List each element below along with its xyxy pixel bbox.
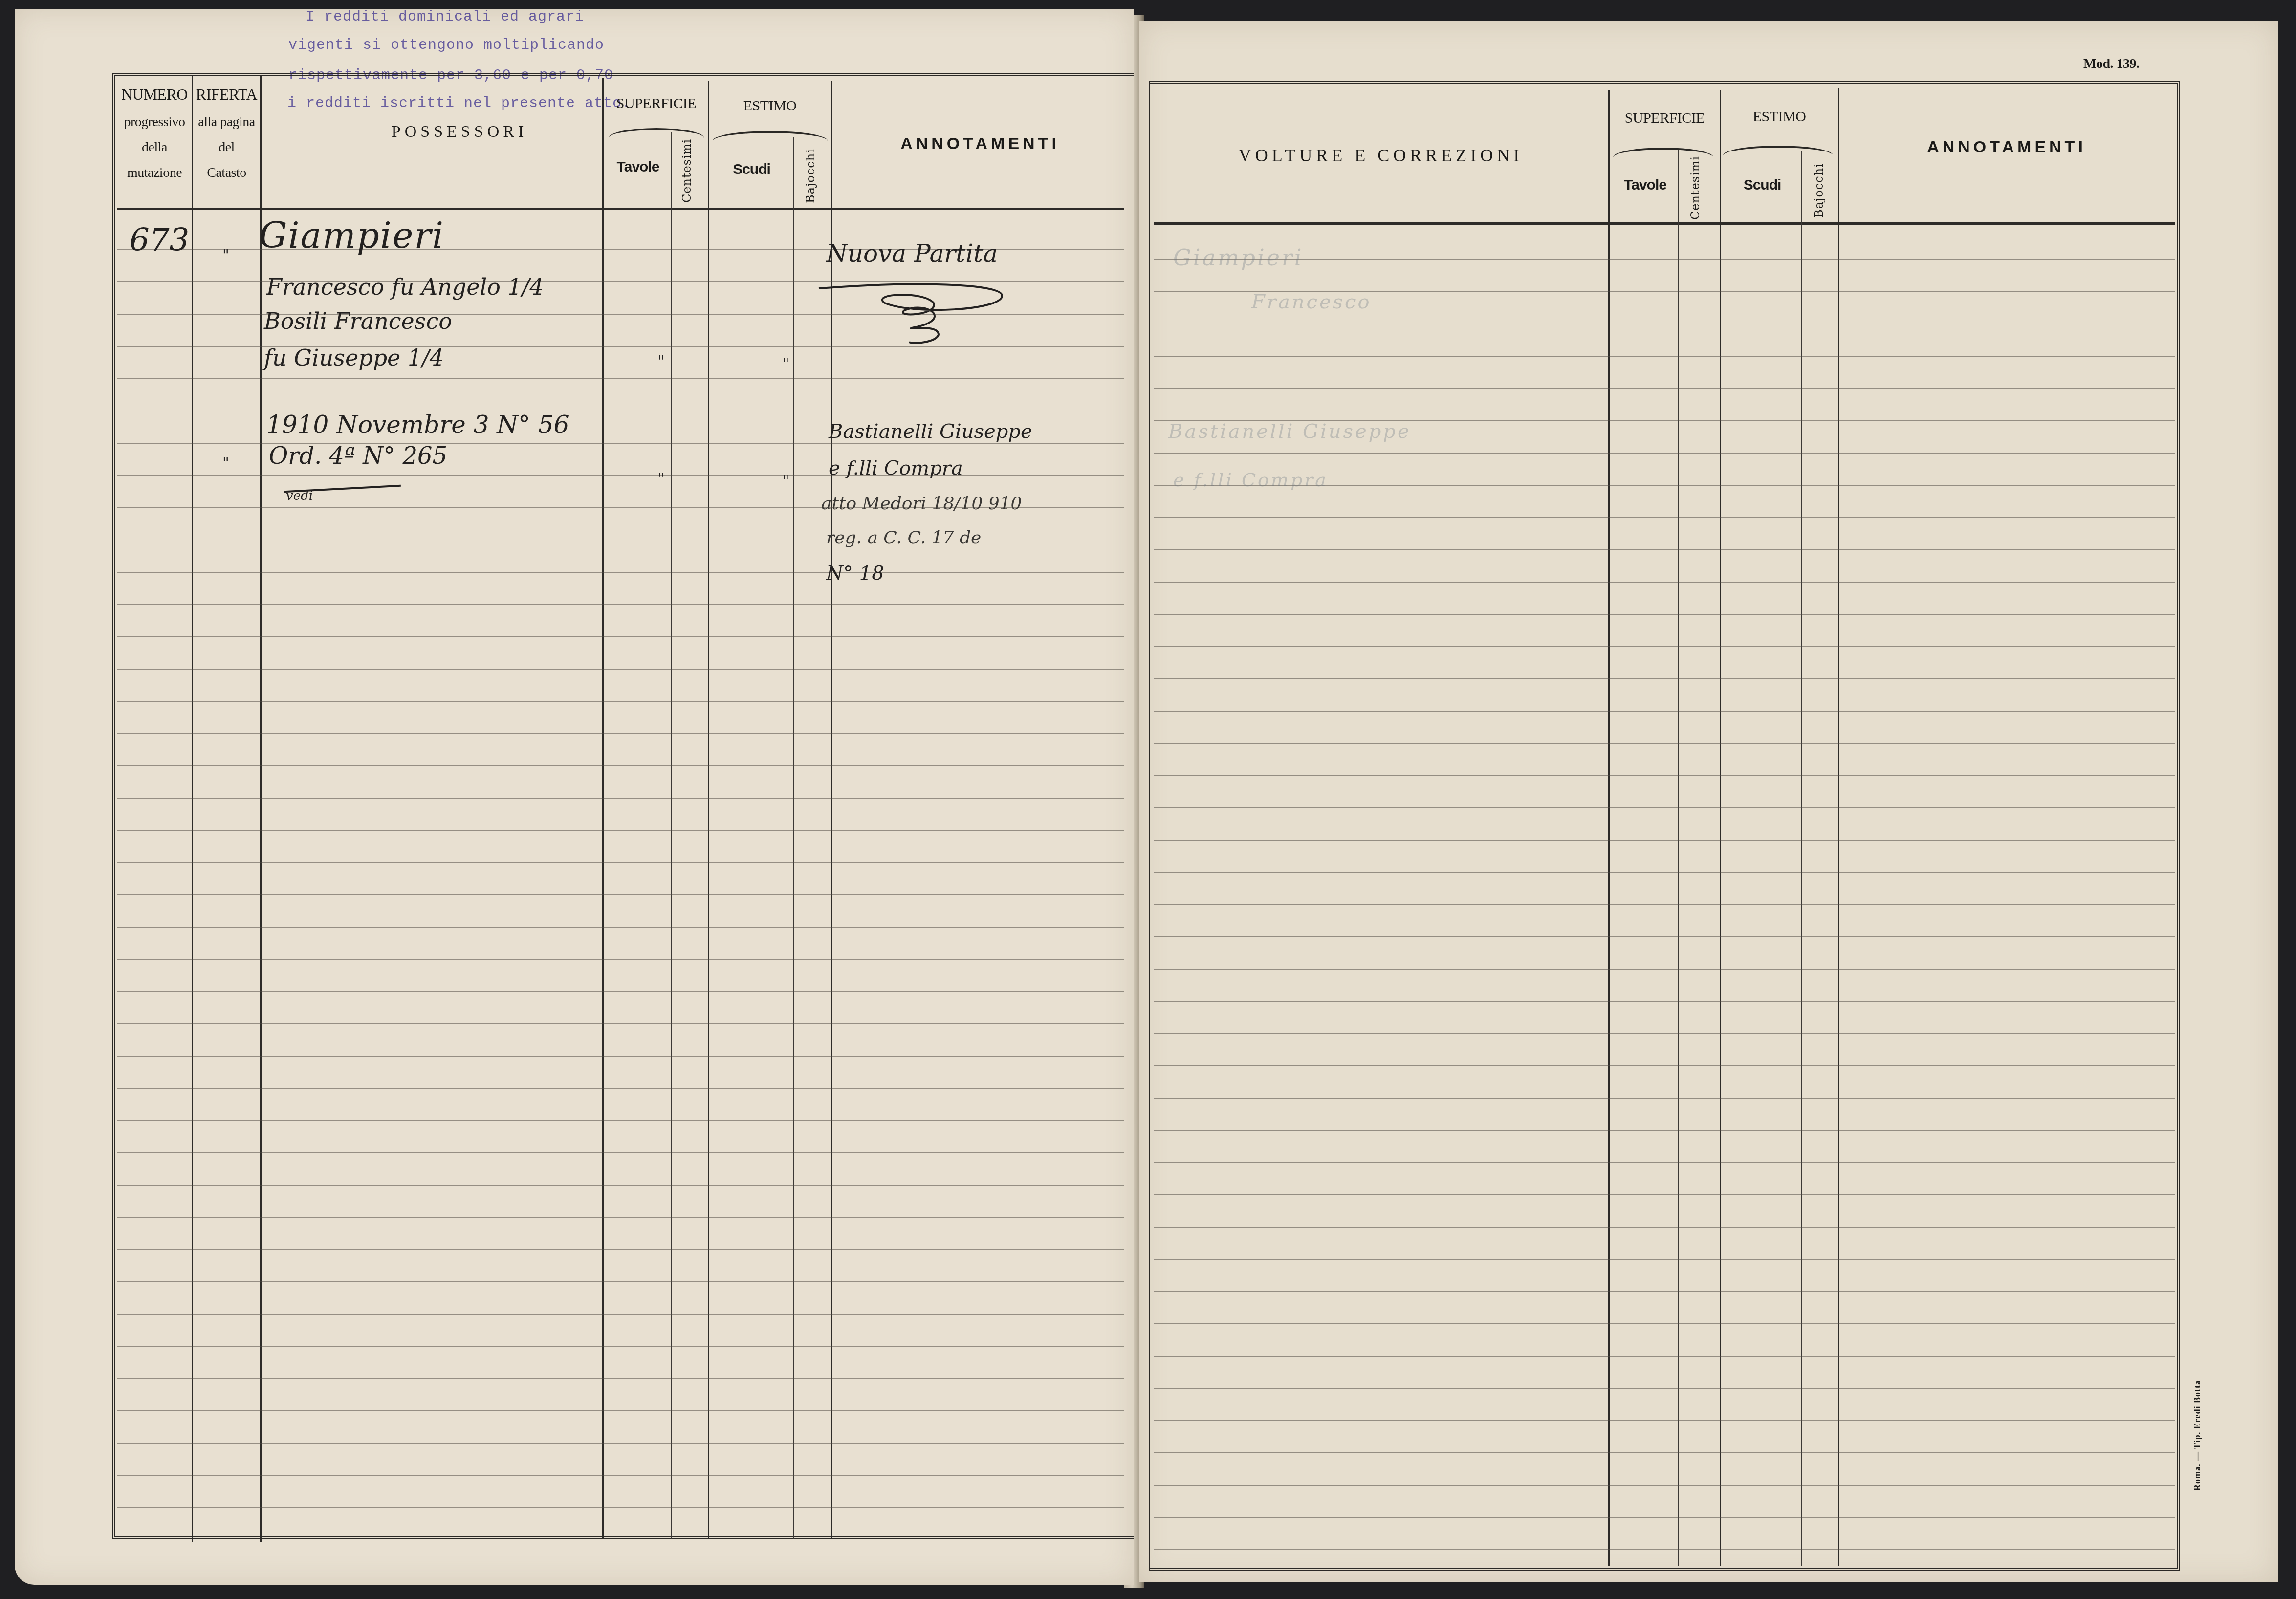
bleed-through-text: Francesco: [1251, 291, 1372, 313]
entry-2-tavole: ": [657, 469, 665, 488]
entry-1-annotamento: Nuova Partita: [826, 239, 998, 268]
ruled-line: [1154, 969, 2175, 970]
entry-1-numero: 673: [130, 222, 189, 259]
header-estimo: ESTIMO: [711, 98, 829, 115]
entry-2-riferta: ": [222, 454, 229, 472]
bleed-through-text: Giampieri: [1173, 244, 1304, 271]
ruled-line: [117, 798, 1124, 799]
ruled-line: [1154, 1259, 2175, 1260]
header-tavole: Tavole: [606, 159, 670, 176]
ruled-line: [1154, 453, 2175, 454]
ruled-line: [1154, 388, 2175, 389]
ruled-line: [117, 1217, 1124, 1218]
ruled-line: [117, 733, 1124, 734]
entry-1-scudi: ": [782, 354, 789, 373]
header-annotamenti: ANNOTAMENTI: [1843, 138, 2170, 157]
ruled-line: [1154, 1130, 2175, 1131]
entry-2-annotamento: atto Medori 18/10 910: [821, 494, 1022, 514]
ruled-line: [117, 1185, 1124, 1186]
col-divider: [708, 81, 709, 1539]
entry-2-possessore-note: vedi: [286, 489, 313, 503]
entry-2-annotamento: Bastianelli Giuseppe: [829, 420, 1032, 443]
stamp-line-2: vigenti si ottengono moltiplicando: [288, 37, 604, 54]
bleed-through-text: Bastianelli Giuseppe: [1168, 420, 1411, 443]
ruled-line: [1154, 1356, 2175, 1357]
header-superficie: SUPERFICIE: [1612, 110, 1717, 127]
ruled-line: [1154, 1065, 2175, 1066]
ruled-line: [1154, 904, 2175, 905]
header-bajocchi: Bajocchi: [1813, 161, 1826, 220]
ruled-line: [1154, 1485, 2175, 1486]
ruled-line: [117, 1443, 1124, 1444]
header-annotamenti: ANNOTAMENTI: [836, 134, 1124, 153]
ruled-line: [117, 765, 1124, 766]
entry-2-annotamento: e f.lli Compra: [829, 457, 963, 479]
col-divider: [260, 76, 262, 1542]
ruled-line: [117, 701, 1124, 702]
entry-1-tavole: ": [657, 352, 665, 370]
ruled-line: [1154, 356, 2175, 357]
ruled-line: [1154, 1323, 2175, 1324]
ruled-line: [1154, 936, 2175, 937]
ruled-line: [1154, 872, 2175, 873]
ruled-line: [117, 894, 1124, 895]
ruled-line: [117, 1475, 1124, 1476]
ruled-line: [1154, 582, 2175, 583]
printer-mark: Roma. — Tip. Eredi Botta: [2192, 1363, 2203, 1491]
col-divider: [192, 76, 193, 1542]
ruled-line: [1154, 1098, 2175, 1099]
header-estimo: ESTIMO: [1723, 108, 1836, 126]
header-tavole: Tavole: [1612, 177, 1678, 194]
ruled-line: [1154, 1452, 2175, 1453]
col-divider: [602, 78, 604, 1539]
col-divider: [1608, 90, 1610, 1566]
flourish-icon: [816, 274, 1051, 347]
col-divider: [793, 137, 794, 1539]
entry-2-annotamento: N° 18: [826, 562, 884, 584]
ruled-line: [117, 1314, 1124, 1315]
ruled-line: [1154, 1517, 2175, 1518]
ruled-line: [117, 991, 1124, 992]
ruled-line: [117, 862, 1124, 863]
ruled-line: [117, 1152, 1124, 1153]
bleed-through-text: e f.lli Compra: [1173, 469, 1328, 491]
col-divider: [671, 132, 672, 1539]
ruled-line: [117, 1249, 1124, 1250]
ruled-line: [1154, 1420, 2175, 1421]
ruled-line: [117, 927, 1124, 928]
ruled-line: [117, 475, 1124, 476]
header-riferta: RIFERTA alla pagina del Catasto: [193, 86, 260, 191]
ruled-line: [1154, 678, 2175, 679]
ruled-line: [1154, 259, 2175, 260]
entry-1-possessore-line: fu Giuseppe 1/4: [264, 345, 444, 371]
ruled-line: [117, 443, 1124, 444]
col-divider: [1678, 149, 1679, 1566]
ruled-line: [117, 1120, 1124, 1121]
ruled-line: [117, 830, 1124, 831]
header-bajocchi: Bajocchi: [804, 147, 818, 205]
ruled-line: [117, 378, 1124, 379]
header-scudi: Scudi: [711, 161, 792, 178]
ruled-line: [1154, 1227, 2175, 1228]
ruled-line: [1154, 614, 2175, 615]
ruled-line: [1154, 743, 2175, 744]
entry-1-possessore-surname: Giampieri: [259, 215, 444, 256]
col-divider: [1838, 88, 1839, 1566]
ruled-line: [1154, 1033, 2175, 1034]
stamp-line-1: I redditi dominicali ed agrari: [306, 9, 584, 25]
header-possessori: POSSESSORI: [323, 122, 596, 141]
ruled-line: [1154, 646, 2175, 647]
ruled-line: [117, 636, 1124, 637]
ruled-line: [1154, 1388, 2175, 1389]
ruled-line: [117, 572, 1124, 573]
ruled-line: [1154, 840, 2175, 841]
ruled-line: [117, 1056, 1124, 1057]
entry-2-possessore-line: 1910 Novembre 3 N° 56: [266, 411, 569, 439]
ruled-line: [117, 1346, 1124, 1347]
entry-2-annotamento: reg. a C. C. 17 de: [826, 528, 981, 548]
ruled-line: [1154, 711, 2175, 712]
header-scudi: Scudi: [1723, 177, 1801, 194]
ruled-line: [117, 1088, 1124, 1089]
entry-2-possessore-line: Ord. 4ª N° 265: [269, 442, 447, 470]
ruled-line: [117, 959, 1124, 960]
ruled-line: [1154, 1194, 2175, 1195]
right-header-divider: [1154, 222, 2175, 225]
ruled-line: [117, 1281, 1124, 1282]
header-centesimi: Centesimi: [680, 144, 694, 203]
ruled-line: [1154, 1001, 2175, 1002]
entry-2-scudi: ": [782, 472, 789, 490]
ruled-line: [117, 1410, 1124, 1411]
ruled-line: [117, 1507, 1124, 1508]
ruled-line: [1154, 1162, 2175, 1163]
entry-1-possessore-line: Bosili Francesco: [264, 308, 452, 334]
form-number: Mod. 139.: [2083, 56, 2140, 72]
header-numero: NUMERO progressivo della mutazione: [117, 86, 192, 191]
ruled-line: [117, 1023, 1124, 1024]
header-centesimi: Centesimi: [1689, 161, 1703, 220]
ruled-line: [1154, 549, 2175, 550]
ruled-line: [1154, 1549, 2175, 1550]
header-volture: VOLTURE E CORREZIONI: [1159, 146, 1603, 166]
left-header-divider: [117, 208, 1124, 210]
col-divider: [1801, 151, 1802, 1566]
ruled-line: [117, 1378, 1124, 1379]
ruled-line: [1154, 807, 2175, 808]
ruled-line: [1154, 1291, 2175, 1292]
entry-1-riferta: ": [222, 247, 229, 264]
entry-1-possessore-line: Francesco fu Angelo 1/4: [266, 274, 544, 300]
ruled-line: [117, 604, 1124, 605]
header-superficie: SUPERFICIE: [606, 95, 706, 112]
ruled-line: [1154, 517, 2175, 518]
ruled-line: [1154, 775, 2175, 776]
ruled-line: [117, 669, 1124, 670]
ruled-line: [1154, 324, 2175, 324]
col-divider: [1720, 90, 1721, 1566]
